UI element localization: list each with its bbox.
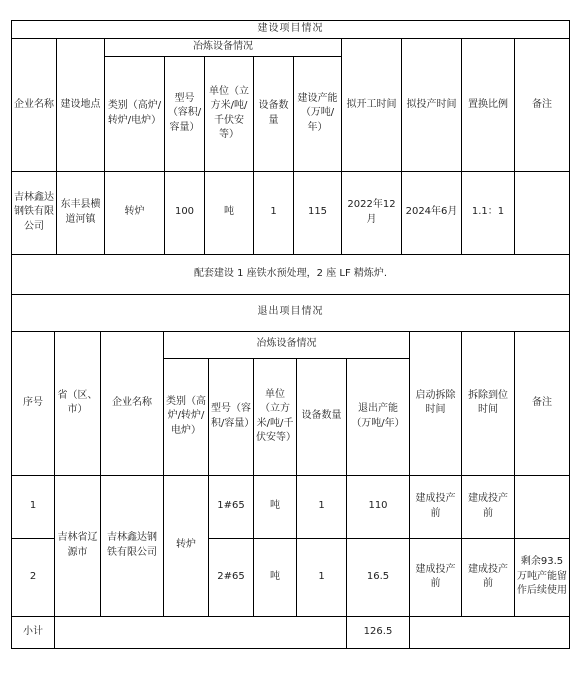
- exit-header-demolish-start: 启动拆除时间: [410, 331, 462, 475]
- header-qty: 设备数量: [254, 56, 294, 171]
- exit-header-equipment-group: 冶炼设备情况: [164, 331, 410, 358]
- exit-cell-capacity-2: 16.5: [347, 538, 410, 616]
- exit-cell-remark-2: 剩余93.5万吨产能留作后续使用: [515, 538, 570, 616]
- cell-remark: [515, 171, 570, 254]
- exit-cell-qty-2: 1: [297, 538, 347, 616]
- header-capacity: 建设产能（万吨/年）: [294, 56, 342, 171]
- exit-header-unit: 单位（立方米/吨/千伏安等）: [254, 358, 297, 475]
- header-company: 企业名称: [12, 39, 57, 172]
- exit-cell-capacity-1: 110: [347, 475, 410, 538]
- construction-project-table: 建设项目情况 企业名称 建设地点 冶炼设备情况 拟开工时间 拟投产时间 置换比例…: [11, 20, 570, 295]
- exit-cell-qty-1: 1: [297, 475, 347, 538]
- header-start-time: 拟开工时间: [342, 39, 402, 172]
- header-unit: 单位（立方米/吨/千伏安等）: [205, 56, 254, 171]
- exit-cell-demolish-start-2: 建成投产前: [410, 538, 462, 616]
- exit-cell-unit-2: 吨: [254, 538, 297, 616]
- header-model: 型号（容积/容量）: [165, 56, 205, 171]
- subtotal-empty-right: [410, 616, 570, 648]
- cell-capacity: 115: [294, 171, 342, 254]
- exit-cell-company: 吉林鑫达钢铁有限公司: [101, 475, 164, 616]
- exit-header-demolish-done: 拆除到位时间: [462, 331, 515, 475]
- exit-cell-demolish-start-1: 建成投产前: [410, 475, 462, 538]
- subtotal-empty-left: [55, 616, 347, 648]
- cell-model: 100: [165, 171, 205, 254]
- subtotal-label: 小计: [12, 616, 55, 648]
- exit-cell-province: 吉林省辽源市: [55, 475, 101, 616]
- cell-company: 吉林鑫达钢铁有限公司: [12, 171, 57, 254]
- cell-swap-ratio: 1.1：1: [462, 171, 515, 254]
- exit-header-qty: 设备数量: [297, 358, 347, 475]
- header-remark: 备注: [515, 39, 570, 172]
- exit-header-capacity: 退出产能（万吨/年）: [347, 358, 410, 475]
- exit-header-province: 省（区、市）: [55, 331, 101, 475]
- exit-cell-model-2: 2#65: [209, 538, 254, 616]
- subtotal-value: 126.5: [347, 616, 410, 648]
- header-location: 建设地点: [57, 39, 105, 172]
- cell-start-time: 2022年12月: [342, 171, 402, 254]
- exit-header-remark: 备注: [515, 331, 570, 475]
- exit-cell-no-2: 2: [12, 538, 55, 616]
- exit-subtotal-row: 小计 126.5: [12, 616, 570, 648]
- exit-table-title: 退出项目情况: [12, 294, 570, 331]
- cell-qty: 1: [254, 171, 294, 254]
- header-equipment-group: 冶炼设备情况: [105, 39, 342, 57]
- cell-location: 东丰县横道河镇: [57, 171, 105, 254]
- header-category: 类别（高炉/转炉/电炉）: [105, 56, 165, 171]
- exit-cell-unit-1: 吨: [254, 475, 297, 538]
- construction-table-title: 建设项目情况: [12, 21, 570, 39]
- cell-unit: 吨: [205, 171, 254, 254]
- exit-cell-no-1: 1: [12, 475, 55, 538]
- construction-note: 配套建设 1 座铁水预处理，2 座 LF 精炼炉.: [12, 254, 570, 294]
- exit-cell-remark-1: [515, 475, 570, 538]
- exit-cell-model-1: 1#65: [209, 475, 254, 538]
- cell-category: 转炉: [105, 171, 165, 254]
- exit-data-row-1: 1 吉林省辽源市 吉林鑫达钢铁有限公司 转炉 1#65 吨 1 110 建成投产…: [12, 475, 570, 538]
- exit-header-no: 序号: [12, 331, 55, 475]
- exit-cell-demolish-done-2: 建成投产前: [462, 538, 515, 616]
- header-production-time: 拟投产时间: [402, 39, 462, 172]
- exit-cell-demolish-done-1: 建成投产前: [462, 475, 515, 538]
- construction-data-row: 吉林鑫达钢铁有限公司 东丰县横道河镇 转炉 100 吨 1 115 2022年1…: [12, 171, 570, 254]
- exit-header-category: 类别（高炉/转炉/电炉）: [164, 358, 209, 475]
- exit-cell-category: 转炉: [164, 475, 209, 616]
- exit-header-model: 型号（容积/容量）: [209, 358, 254, 475]
- exit-project-table: 退出项目情况 序号 省（区、市） 企业名称 冶炼设备情况 启动拆除时间 拆除到位…: [11, 294, 570, 649]
- capacity-replacement-tables: 建设项目情况 企业名称 建设地点 冶炼设备情况 拟开工时间 拟投产时间 置换比例…: [11, 20, 569, 649]
- document-page: 建设项目情况 企业名称 建设地点 冶炼设备情况 拟开工时间 拟投产时间 置换比例…: [0, 0, 580, 684]
- header-swap-ratio: 置换比例: [462, 39, 515, 172]
- exit-header-company: 企业名称: [101, 331, 164, 475]
- cell-production-time: 2024年6月: [402, 171, 462, 254]
